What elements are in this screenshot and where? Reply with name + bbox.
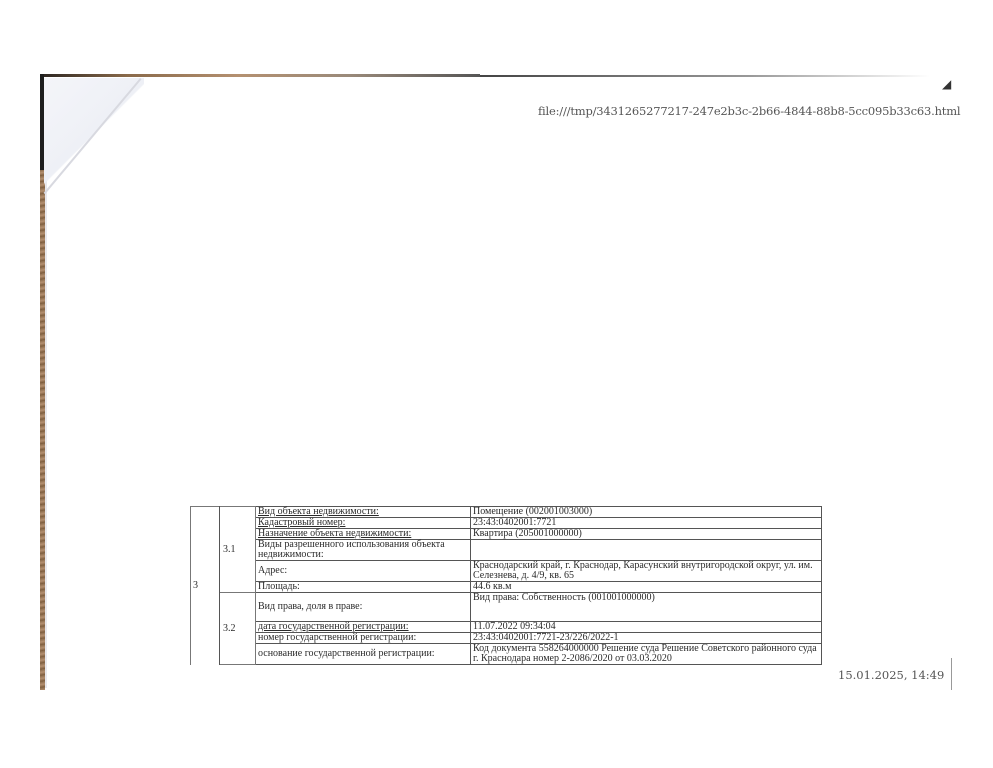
- table-row: 3 3.1 Вид объекта недвижимости: Помещени…: [191, 507, 822, 518]
- row-label: Вид объекта недвижимости:: [256, 507, 471, 518]
- row-value: Квартира (205001000000): [471, 529, 822, 540]
- table-row: Адрес: Краснодарский край, г. Краснодар,…: [191, 561, 822, 582]
- table-row: Кадастровый номер: 23:43:0402001:7721: [191, 518, 822, 529]
- table-row: Назначение объекта недвижимости: Квартир…: [191, 529, 822, 540]
- row-label: основание государственной регистрации:: [256, 644, 471, 665]
- row-value: Вид права: Собственность (001001000000): [471, 593, 822, 622]
- table-row: дата государственной регистрации: 11.07.…: [191, 622, 822, 633]
- row-label: Вид права, доля в праве:: [256, 593, 471, 622]
- section-number: 3: [191, 507, 220, 665]
- subsection-number: 3.1: [220, 507, 256, 593]
- table-row: Площадь: 44.6 кв.м: [191, 582, 822, 593]
- row-label: номер государственной регистрации:: [256, 633, 471, 644]
- row-label: Назначение объекта недвижимости:: [256, 529, 471, 540]
- table-row: номер государственной регистрации: 23:43…: [191, 633, 822, 644]
- row-value: Код документа 558264000000 Решение суда …: [471, 644, 822, 665]
- row-value: 11.07.2022 09:34:04: [471, 622, 822, 633]
- row-value: Краснодарский край, г. Краснодар, Карасу…: [471, 561, 822, 582]
- row-value: 44.6 кв.м: [471, 582, 822, 593]
- row-label: Площадь:: [256, 582, 471, 593]
- print-url-header: file:///tmp/3431265277217-247e2b3c-2b66-…: [538, 104, 960, 118]
- registry-table: 3 3.1 Вид объекта недвижимости: Помещени…: [190, 506, 822, 665]
- table-row: 3.2 Вид права, доля в праве: Вид права: …: [191, 593, 822, 622]
- scanned-sheet-top-edge: [40, 74, 480, 77]
- row-label: дата государственной регистрации:: [256, 622, 471, 633]
- table-row: основание государственной регистрации: К…: [191, 644, 822, 665]
- subsection-number: 3.2: [220, 593, 256, 665]
- table-row: Виды разрешенного использования объекта …: [191, 540, 822, 561]
- row-value: 23:43:0402001:7721-23/226/2022-1: [471, 633, 822, 644]
- row-value: [471, 540, 822, 561]
- row-label: Адрес:: [256, 561, 471, 582]
- corner-bracket-icon: ◢: [942, 77, 951, 91]
- row-value: 23:43:0402001:7721: [471, 518, 822, 529]
- right-margin-line: [951, 658, 952, 690]
- row-label: Виды разрешенного использования объекта …: [256, 540, 471, 561]
- scanned-sheet-top-edge-right: [480, 75, 930, 77]
- print-timestamp-footer: 15.01.2025, 14:49: [838, 668, 944, 682]
- row-value: Помещение (002001003000): [471, 507, 822, 518]
- row-label: Кадастровый номер:: [256, 518, 471, 529]
